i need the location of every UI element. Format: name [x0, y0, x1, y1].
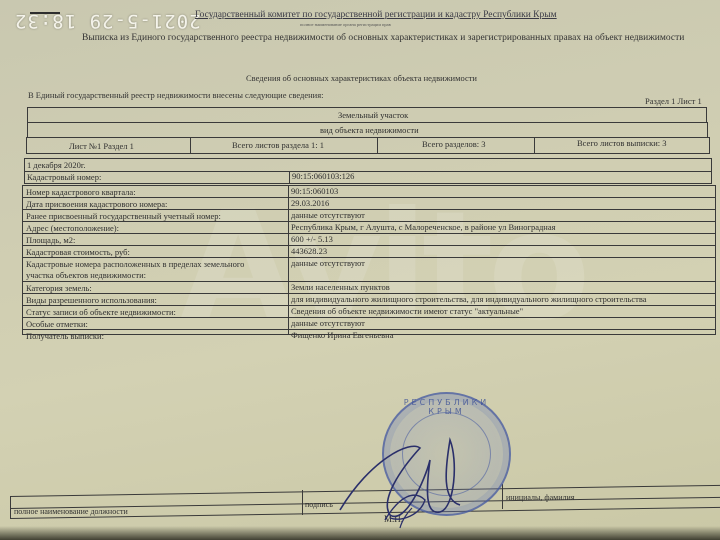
table-row: Кадастровая стоимость, руб:443628.23: [23, 246, 715, 258]
row-label: Ранее присвоенный государственный учетны…: [26, 211, 221, 221]
row-label-continued: участка объектов недвижимости:: [26, 270, 146, 280]
extract-title: Выписка из Единого государственного реес…: [82, 33, 684, 43]
row-value: 443628.23: [291, 246, 327, 256]
row-value: Республика Крым, г Алушта, с Малореченск…: [291, 222, 556, 232]
row-value: Земли населенных пунктов: [291, 282, 390, 292]
sheet-number: Лист №1 Раздел 1: [69, 141, 134, 151]
table-row: Адрес (местоположение):Республика Крым, …: [23, 222, 715, 234]
row-value: 90:15:060103: [291, 186, 338, 196]
row-value: данные отсутствуют: [291, 210, 365, 220]
sections-total: Всего разделов: 3: [422, 139, 486, 149]
table-row: Виды разрешенного использования:для инди…: [23, 294, 715, 306]
row-value: Фищенко Ирина Евгеньевна: [291, 330, 393, 340]
row-value: для индивидуального жилищного строительс…: [291, 294, 647, 304]
object-type: Земельный участок: [338, 110, 408, 120]
row-value: 29.03.2016: [291, 198, 329, 208]
table-row: Получатель выписки:Фищенко Ирина Евгенье…: [23, 330, 715, 342]
row-label: Адрес (местоположение):: [26, 223, 119, 233]
extract-sheets: Всего листов выписки: 3: [577, 138, 667, 148]
handwritten-signature: [330, 420, 480, 530]
row-label: Площадь, м2:: [26, 235, 75, 245]
row-label: Статус записи об объекте недвижимости:: [26, 307, 176, 317]
table-row: Кадастровые номера расположенных в преде…: [23, 258, 715, 282]
row-label: Дата присвоения кадастрового номера:: [26, 199, 167, 209]
row-value: данные отсутствуют: [291, 258, 365, 268]
position-caption: полное наименование должности: [14, 507, 128, 516]
table-row: Ранее присвоенный государственный учетны…: [23, 210, 715, 222]
document-page: Avito 2021-5-29 18:32 Государственный ко…: [0, 0, 720, 540]
section-title: Сведения об основных характеристиках объ…: [246, 73, 477, 83]
table-row: Дата присвоения кадастрового номера:29.0…: [23, 198, 715, 210]
agency-caption: полное наименование органа регистрации п…: [300, 22, 391, 27]
row-label: Категория земель:: [26, 283, 92, 293]
row-value: данные отсутствуют: [291, 318, 365, 328]
signature-caption: подпись: [305, 500, 333, 509]
sheet-info-row: Лист №1 Раздел 1 Всего листов раздела 1:…: [26, 137, 710, 154]
object-type-caption-box: вид объекта недвижимости: [27, 122, 708, 138]
characteristics-table: Номер кадастрового квартала:90:15:060103…: [22, 185, 716, 335]
table-row: Номер кадастрового квартала:90:15:060103: [23, 186, 715, 198]
object-type-box: Земельный участок: [27, 107, 707, 123]
cadastral-number-value: 90:15:060103:126: [292, 171, 354, 181]
sheet-reference: Раздел 1 Лист 1: [645, 96, 702, 106]
name-caption: инициалы, фамилия: [506, 493, 574, 502]
table-row: Статус записи об объекте недвижимости:Св…: [23, 306, 715, 318]
extract-date: 1 декабря 2020г.: [27, 160, 86, 170]
row-label: Получатель выписки:: [26, 331, 104, 341]
object-type-caption: вид объекта недвижимости: [320, 125, 419, 135]
section-sheets: Всего листов раздела 1: 1: [232, 140, 324, 150]
table-row: Площадь, м2:600 +/- 5.13: [23, 234, 715, 246]
photo-shadow: [0, 526, 720, 540]
photo-timestamp: 2021-5-29 18:32: [14, 10, 201, 32]
cadastral-number-label: Кадастровый номер:: [27, 172, 101, 182]
date-cadastral-box: 1 декабря 2020г. Кадастровый номер: 90:1…: [24, 158, 712, 184]
row-label: Виды разрешенного использования:: [26, 295, 157, 305]
row-label: Особые отметки:: [26, 319, 88, 329]
row-value: 600 +/- 5.13: [291, 234, 333, 244]
agency-name: Государственный комитет по государственн…: [195, 10, 557, 20]
row-label: Кадастровые номера расположенных в преде…: [26, 259, 244, 269]
row-label: Кадастровая стоимость, руб:: [26, 247, 130, 257]
table-row: Особые отметки:данные отсутствуют: [23, 318, 715, 330]
table-row: Категория земель:Земли населенных пункто…: [23, 282, 715, 294]
row-value: Сведения об объекте недвижимости имеют с…: [291, 306, 523, 316]
row-label: Номер кадастрового квартала:: [26, 187, 136, 197]
intro-text: В Единый государственный реестр недвижим…: [28, 90, 324, 100]
